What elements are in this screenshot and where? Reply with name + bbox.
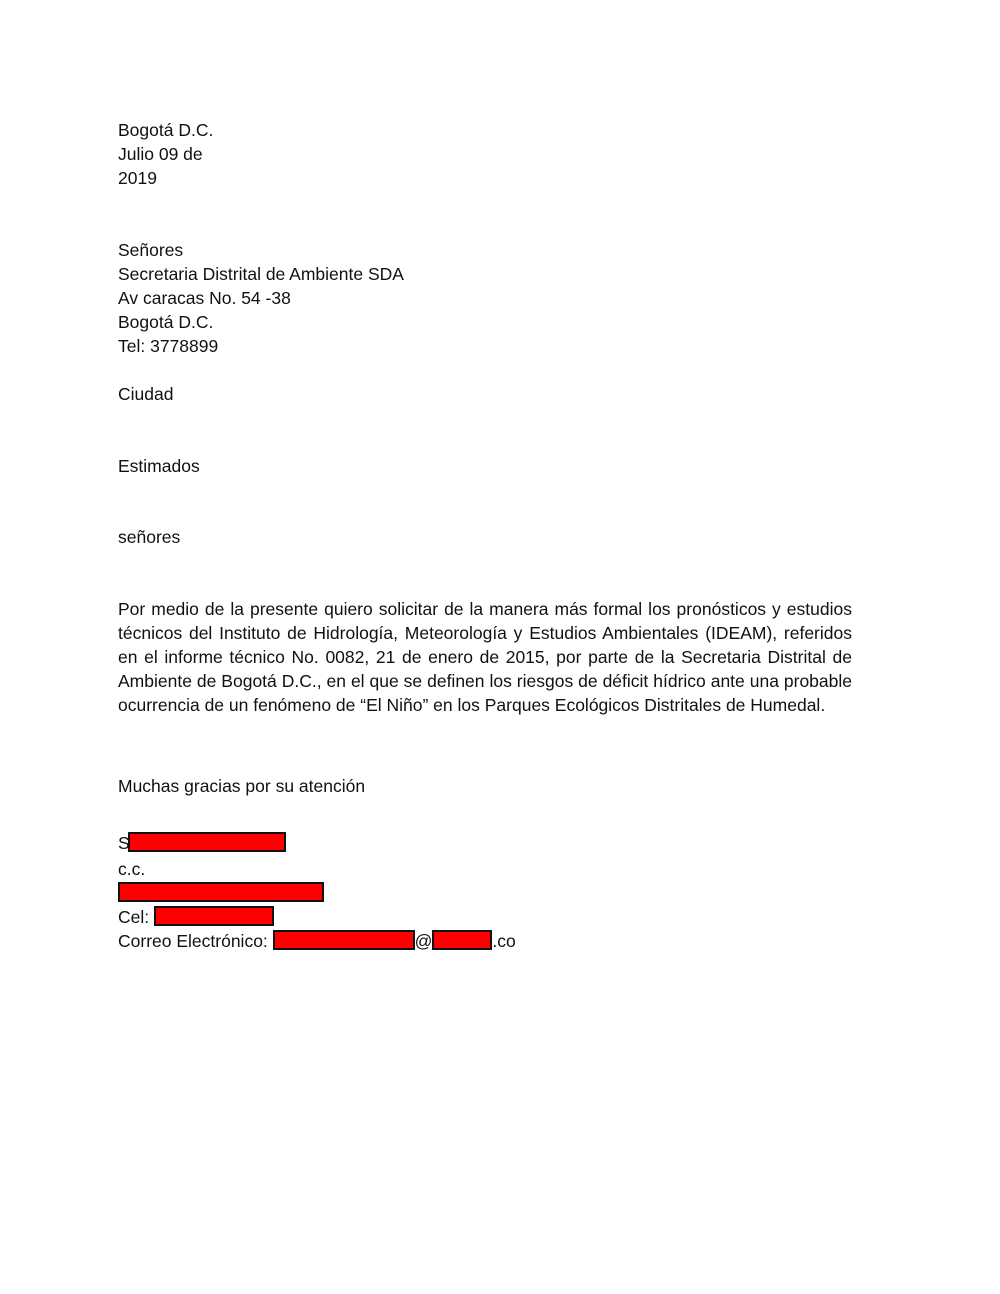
redaction-name — [128, 832, 286, 852]
date-line-1: Julio 09 de — [118, 142, 203, 166]
redaction-email-user — [273, 930, 415, 950]
recipient-phone: Tel: 3778899 — [118, 334, 218, 358]
signature-cel-line: Cel: — [118, 905, 274, 929]
signature-name-line: S — [118, 831, 286, 855]
email-label: Correo Electrónico: — [118, 931, 273, 951]
greeting-line-2: señores — [118, 525, 180, 549]
redaction-cel — [154, 906, 274, 926]
recipient-title: Señores — [118, 238, 183, 262]
signature-id-line — [118, 881, 324, 905]
city-line: Ciudad — [118, 382, 173, 406]
redaction-id — [118, 882, 324, 902]
recipient-city: Bogotá D.C. — [118, 310, 213, 334]
cel-label: Cel: — [118, 907, 154, 927]
greeting-line-1: Estimados — [118, 454, 200, 478]
email-suffix: .co — [492, 931, 515, 951]
place: Bogotá D.C. — [118, 118, 213, 142]
closing: Muchas gracias por su atención — [118, 774, 365, 798]
recipient-address: Av caracas No. 54 -38 — [118, 286, 291, 310]
date-line-2: 2019 — [118, 166, 157, 190]
email-at: @ — [415, 931, 433, 951]
signature-email-line: Correo Electrónico: @.co — [118, 929, 516, 953]
recipient-organization: Secretaria Distrital de Ambiente SDA — [118, 262, 404, 286]
signature-id-label: c.c. — [118, 857, 145, 881]
letter-body: Por medio de la presente quiero solicita… — [118, 597, 852, 717]
redaction-email-domain — [432, 930, 492, 950]
